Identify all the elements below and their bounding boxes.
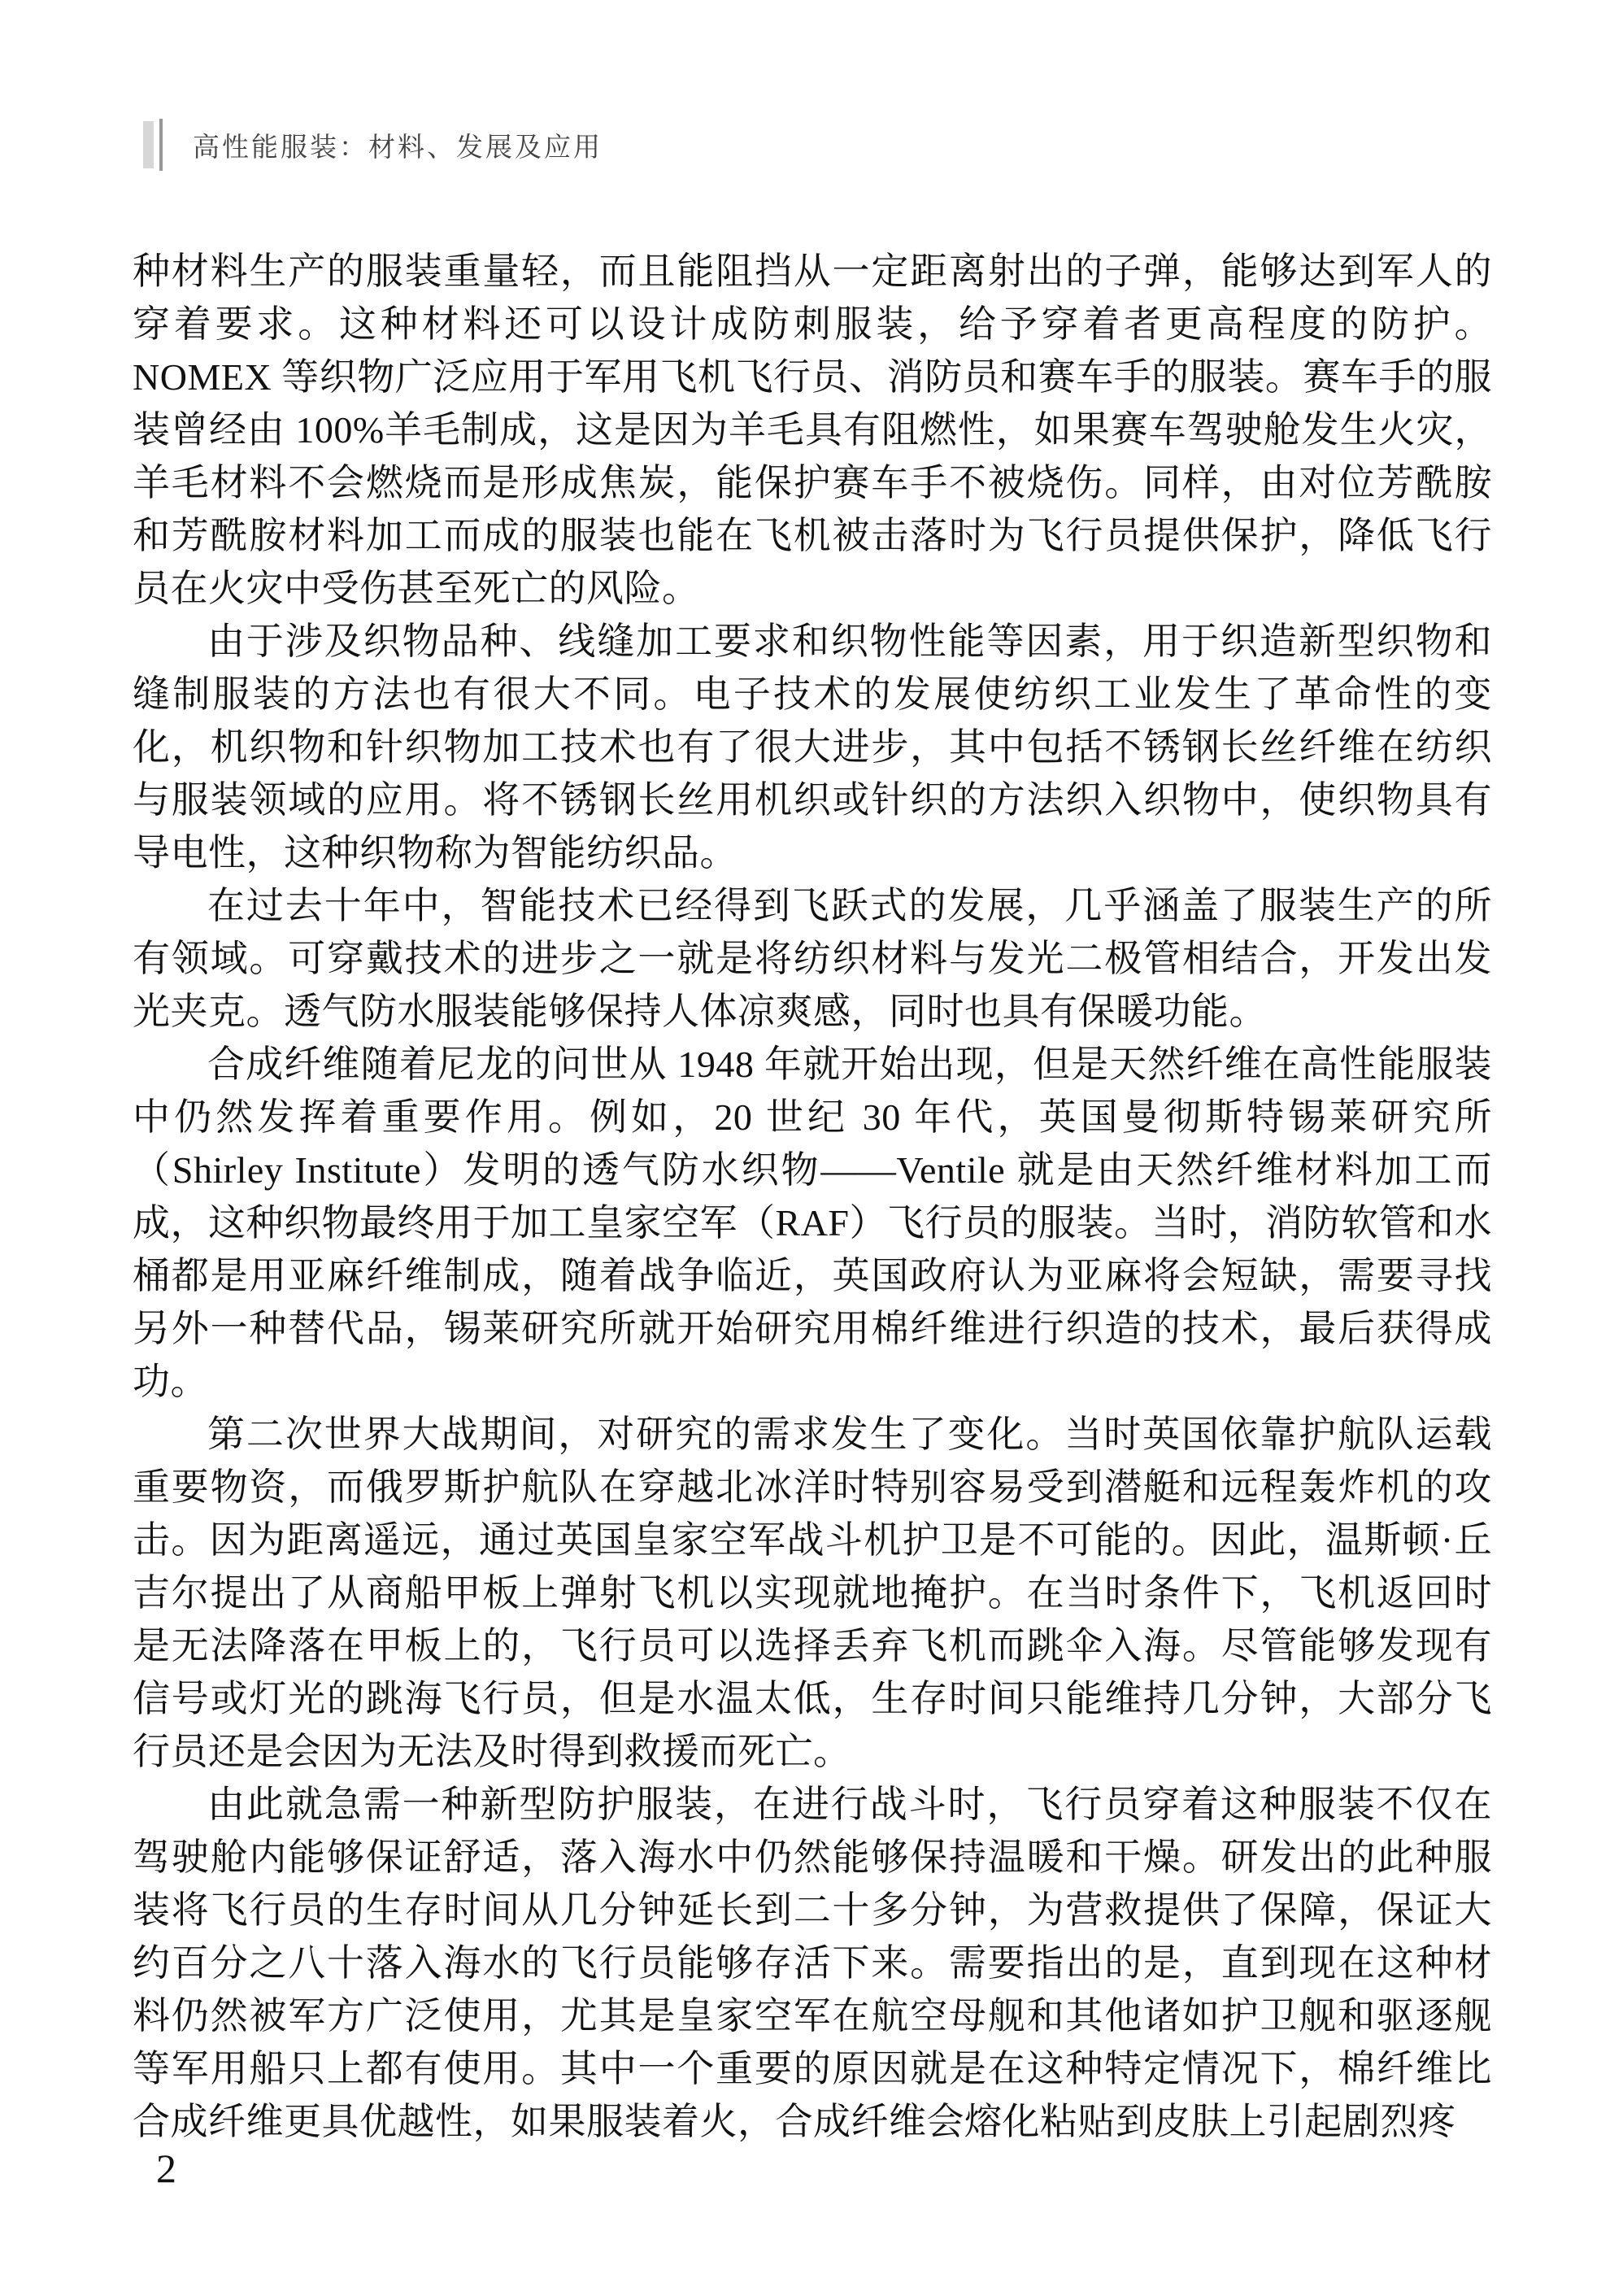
header-bar-dark-icon xyxy=(159,119,163,171)
running-header: 高性能服装：材料、发展及应用 xyxy=(143,118,603,172)
body-paragraph: 在过去十年中，智能技术已经得到飞跃式的发展，几乎涵盖了服装生产的所有领域。可穿戴… xyxy=(133,879,1492,1038)
book-page: 高性能服装：材料、发展及应用 种材料生产的服装重量轻，而且能阻挡从一定距离射出的… xyxy=(0,0,1623,2296)
header-bar-light-icon xyxy=(143,121,154,168)
body-paragraph: 由于涉及织物品种、线缝加工要求和织物性能等因素，用于织造新型织物和缝制服装的方法… xyxy=(133,615,1492,879)
body-paragraph: 第二次世界大战期间，对研究的需求发生了变化。当时英国依靠护航队运载重要物资，而俄… xyxy=(133,1408,1492,1778)
body-paragraph: 由此就急需一种新型防护服装，在进行战斗时，飞行员穿着这种服装不仅在驾驶舱内能够保… xyxy=(133,1778,1492,2148)
body-text-block: 种材料生产的服装重量轻，而且能阻挡从一定距离射出的子弹，能够达到军人的穿着要求。… xyxy=(133,245,1492,2148)
book-title: 高性能服装：材料、发展及应用 xyxy=(193,126,603,164)
page-number: 2 xyxy=(156,2144,176,2193)
body-paragraph: 种材料生产的服装重量轻，而且能阻挡从一定距离射出的子弹，能够达到军人的穿着要求。… xyxy=(133,245,1492,615)
body-paragraph: 合成纤维随着尼龙的问世从 1948 年就开始出现，但是天然纤维在高性能服装中仍然… xyxy=(133,1038,1492,1408)
